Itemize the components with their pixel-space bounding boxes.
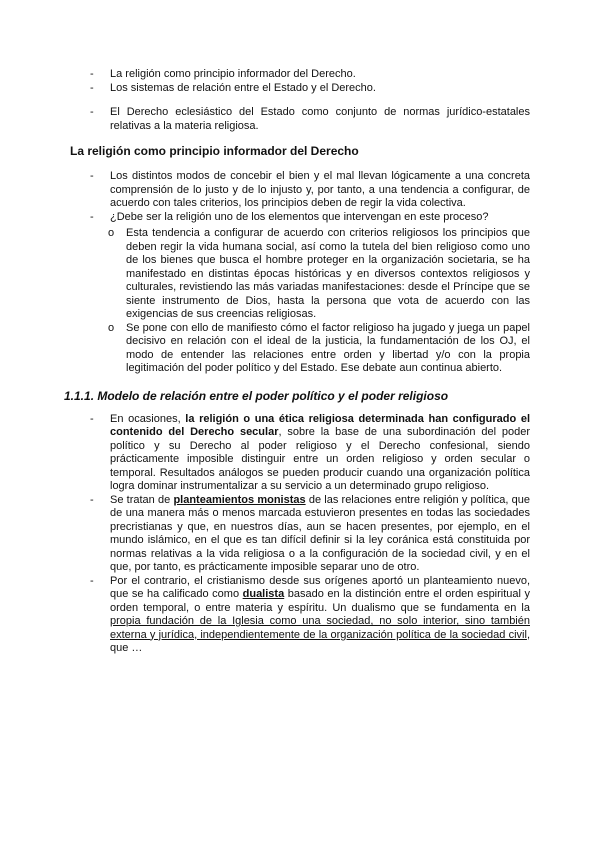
- list-item: - Por el contrario, el cristianismo desd…: [70, 575, 530, 656]
- circle-bullet: o: [108, 322, 114, 336]
- text-segment: En ocasiones,: [110, 413, 185, 425]
- dash-bullet: -: [90, 211, 94, 225]
- list-item-text: Se tratan de planteamientos monistas de …: [110, 494, 530, 574]
- list-item-text: ¿Debe ser la religión uno de los element…: [110, 211, 489, 223]
- sub-list-item-text: Esta tendencia a configurar de acuerdo c…: [126, 227, 530, 320]
- list-item-text: Los distintos modos de concebir el bien …: [110, 170, 530, 209]
- dash-bullet: -: [90, 575, 94, 589]
- dash-bullet: -: [90, 82, 94, 96]
- dash-bullet: -: [90, 106, 94, 120]
- bold-underline-text-segment: dualista: [243, 588, 285, 600]
- bold-underline-text-segment: planteamientos monistas: [173, 494, 305, 506]
- list-item: - El Derecho eclesiástico del Estado com…: [70, 106, 530, 133]
- sub-list: o Esta tendencia a configurar de acuerdo…: [70, 227, 530, 376]
- list-item-text: Los sistemas de relación entre el Estado…: [110, 82, 376, 94]
- list-item: - En ocasiones, la religión o una ética …: [70, 413, 530, 494]
- list-item-text: El Derecho eclesiástico del Estado como …: [110, 106, 530, 132]
- sub-list-item: o Esta tendencia a configurar de acuerdo…: [70, 227, 530, 322]
- text-segment: Se tratan de: [110, 494, 173, 506]
- list-item: - Los distintos modos de concebir el bie…: [70, 170, 530, 211]
- dash-bullet: -: [90, 68, 94, 82]
- dash-bullet: -: [90, 413, 94, 427]
- underline-text-segment: propia fundación de la Iglesia como una …: [110, 615, 530, 641]
- dash-bullet: -: [90, 170, 94, 184]
- list-item-text: La religión como principio informador de…: [110, 68, 356, 80]
- section-heading: La religión como principio informador de…: [70, 144, 530, 158]
- list-item: - Los sistemas de relación entre el Esta…: [70, 82, 530, 96]
- list-item: - Se tratan de planteamientos monistas d…: [70, 494, 530, 575]
- sub-list-item-text: Se pone con ello de manifiesto cómo el f…: [126, 322, 530, 375]
- list-item-text: En ocasiones, la religión o una ética re…: [110, 413, 530, 493]
- intro-list: - La religión como principio informador …: [70, 68, 530, 133]
- sub-list-item: o Se pone con ello de manifiesto cómo el…: [70, 322, 530, 376]
- list-item: - La religión como principio informador …: [70, 68, 530, 82]
- religion-section-list: - Los distintos modos de concebir el bie…: [70, 170, 530, 376]
- circle-bullet: o: [108, 227, 114, 241]
- numbered-subheading: 1.1.1. Modelo de relación entre el poder…: [64, 389, 530, 403]
- list-item: - ¿Debe ser la religión uno de los eleme…: [70, 211, 530, 225]
- document-page: - La religión como principio informador …: [0, 0, 600, 848]
- model-section-list: - En ocasiones, la religión o una ética …: [70, 413, 530, 656]
- dash-bullet: -: [90, 494, 94, 508]
- list-item-text: Por el contrario, el cristianismo desde …: [110, 575, 530, 655]
